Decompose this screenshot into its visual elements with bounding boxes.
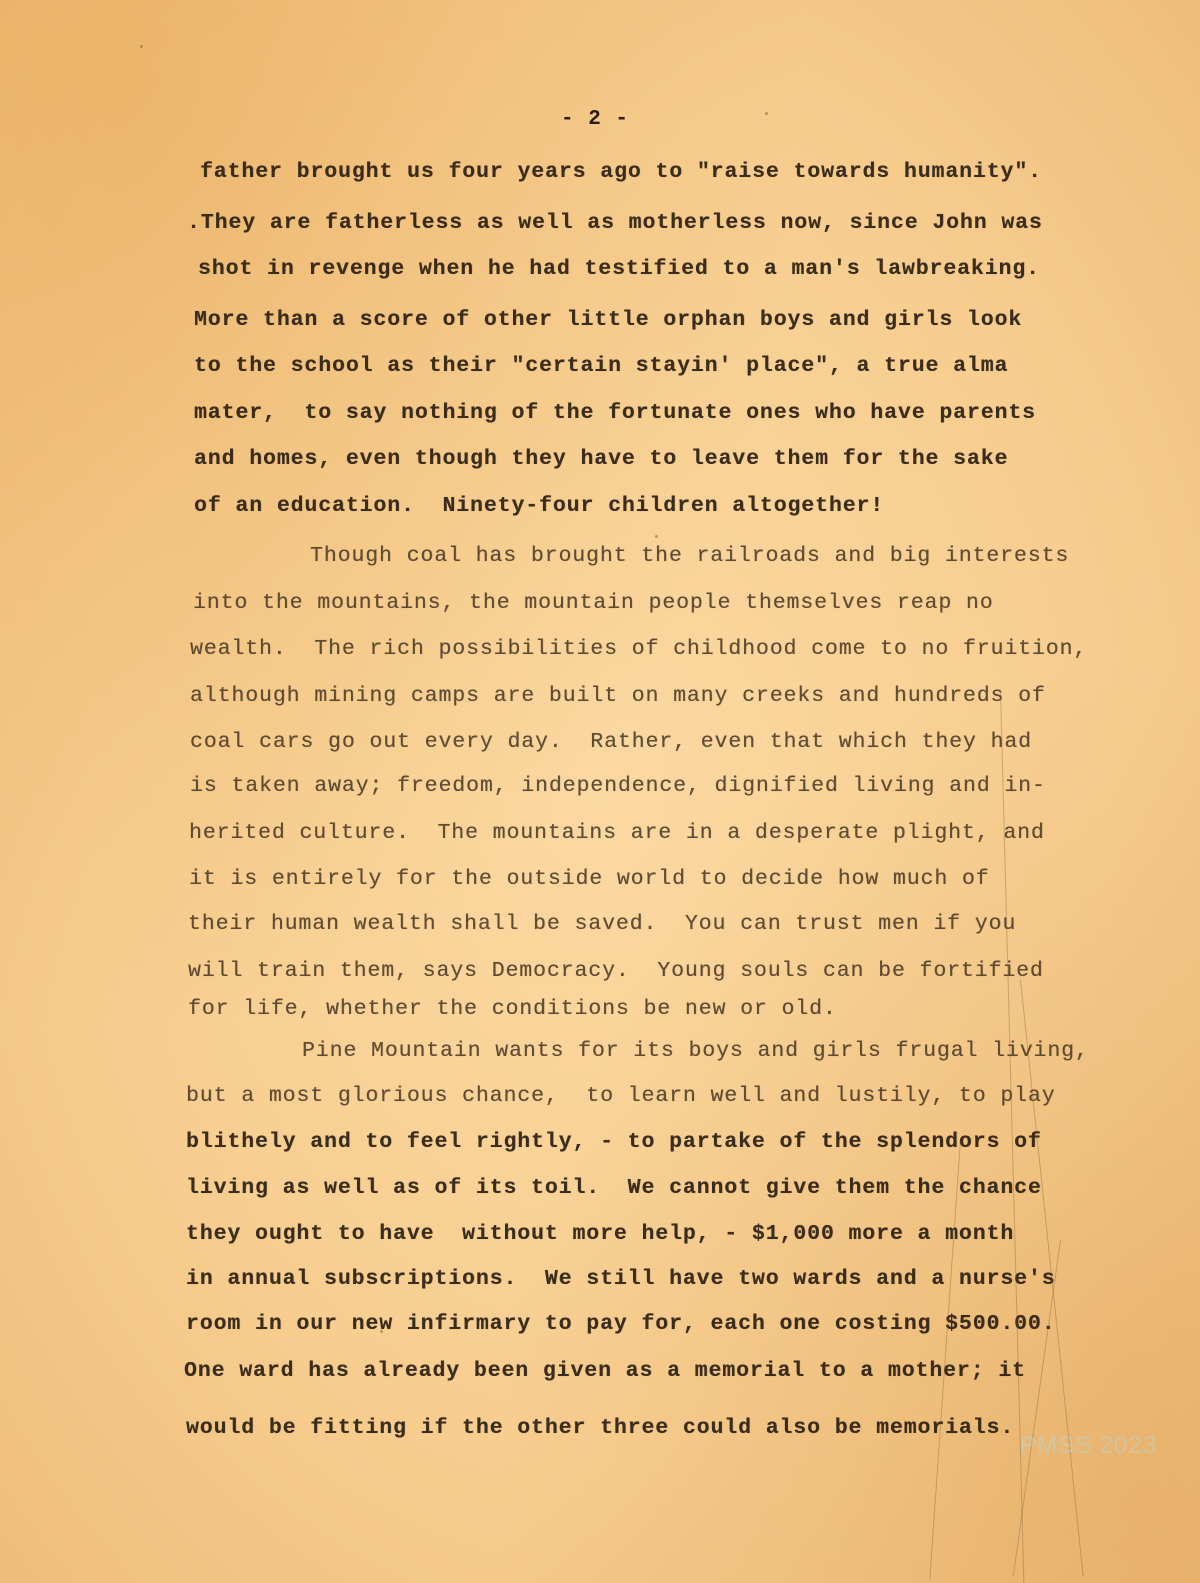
text-line-5: to the school as their "certain stayin' …	[194, 354, 1008, 378]
text-line-20: Pine Mountain wants for its boys and gir…	[302, 1039, 1089, 1063]
text-line-6: mater, to say nothing of the fortunate o…	[194, 401, 1036, 425]
text-line-25: in annual subscriptions. We still have t…	[186, 1267, 1056, 1291]
text-line-4: More than a score of other little orphan…	[194, 308, 1022, 332]
text-line-23: living as well as of its toil. We cannot…	[186, 1176, 1042, 1200]
text-line-12: although mining camps are built on many …	[190, 684, 1046, 708]
text-line-21: but a most glorious chance, to learn wel…	[186, 1084, 1056, 1108]
text-line-11: wealth. The rich possibilities of childh…	[190, 637, 1087, 661]
text-line-8: of an education. Ninety-four children al…	[194, 494, 884, 518]
paper-speck	[655, 535, 658, 538]
text-line-28: would be fitting if the other three coul…	[186, 1416, 1014, 1440]
text-line-2: .They are fatherless as well as motherle…	[187, 211, 1043, 235]
text-line-15: herited culture. The mountains are in a …	[189, 821, 1045, 845]
text-line-27: One ward has already been given as a mem…	[184, 1359, 1026, 1383]
text-line-10: into the mountains, the mountain people …	[193, 591, 994, 615]
text-line-17: their human wealth shall be saved. You c…	[188, 912, 1016, 936]
text-line-16: it is entirely for the outside world to …	[189, 867, 990, 891]
text-line-19: for life, whether the conditions be new …	[188, 997, 837, 1021]
text-line-14: is taken away; freedom, independence, di…	[190, 774, 1046, 798]
text-line-18: will train them, says Democracy. Young s…	[188, 959, 1044, 983]
text-line-22: blithely and to feel rightly, - to parta…	[186, 1130, 1042, 1154]
text-line-9: Though coal has brought the railroads an…	[310, 544, 1069, 568]
paper-speck	[380, 1330, 383, 1333]
text-line-3: shot in revenge when he had testified to…	[198, 257, 1040, 281]
archive-stamp: PMSS 2023	[1020, 1432, 1157, 1460]
text-line-24: they ought to have without more help, - …	[186, 1222, 1014, 1246]
paper-speck	[140, 45, 143, 48]
text-line-7: and homes, even though they have to leav…	[194, 447, 1008, 471]
paper-speck	[765, 112, 768, 115]
text-line-26: room in our new infirmary to pay for, ea…	[186, 1312, 1056, 1336]
typewritten-letter-page: - 2 - father brought us four years ago t…	[0, 0, 1200, 1583]
text-line-13: coal cars go out every day. Rather, even…	[190, 730, 1032, 754]
text-line-1: father brought us four years ago to "rai…	[200, 160, 1042, 184]
page-number: - 2 -	[0, 108, 1200, 131]
